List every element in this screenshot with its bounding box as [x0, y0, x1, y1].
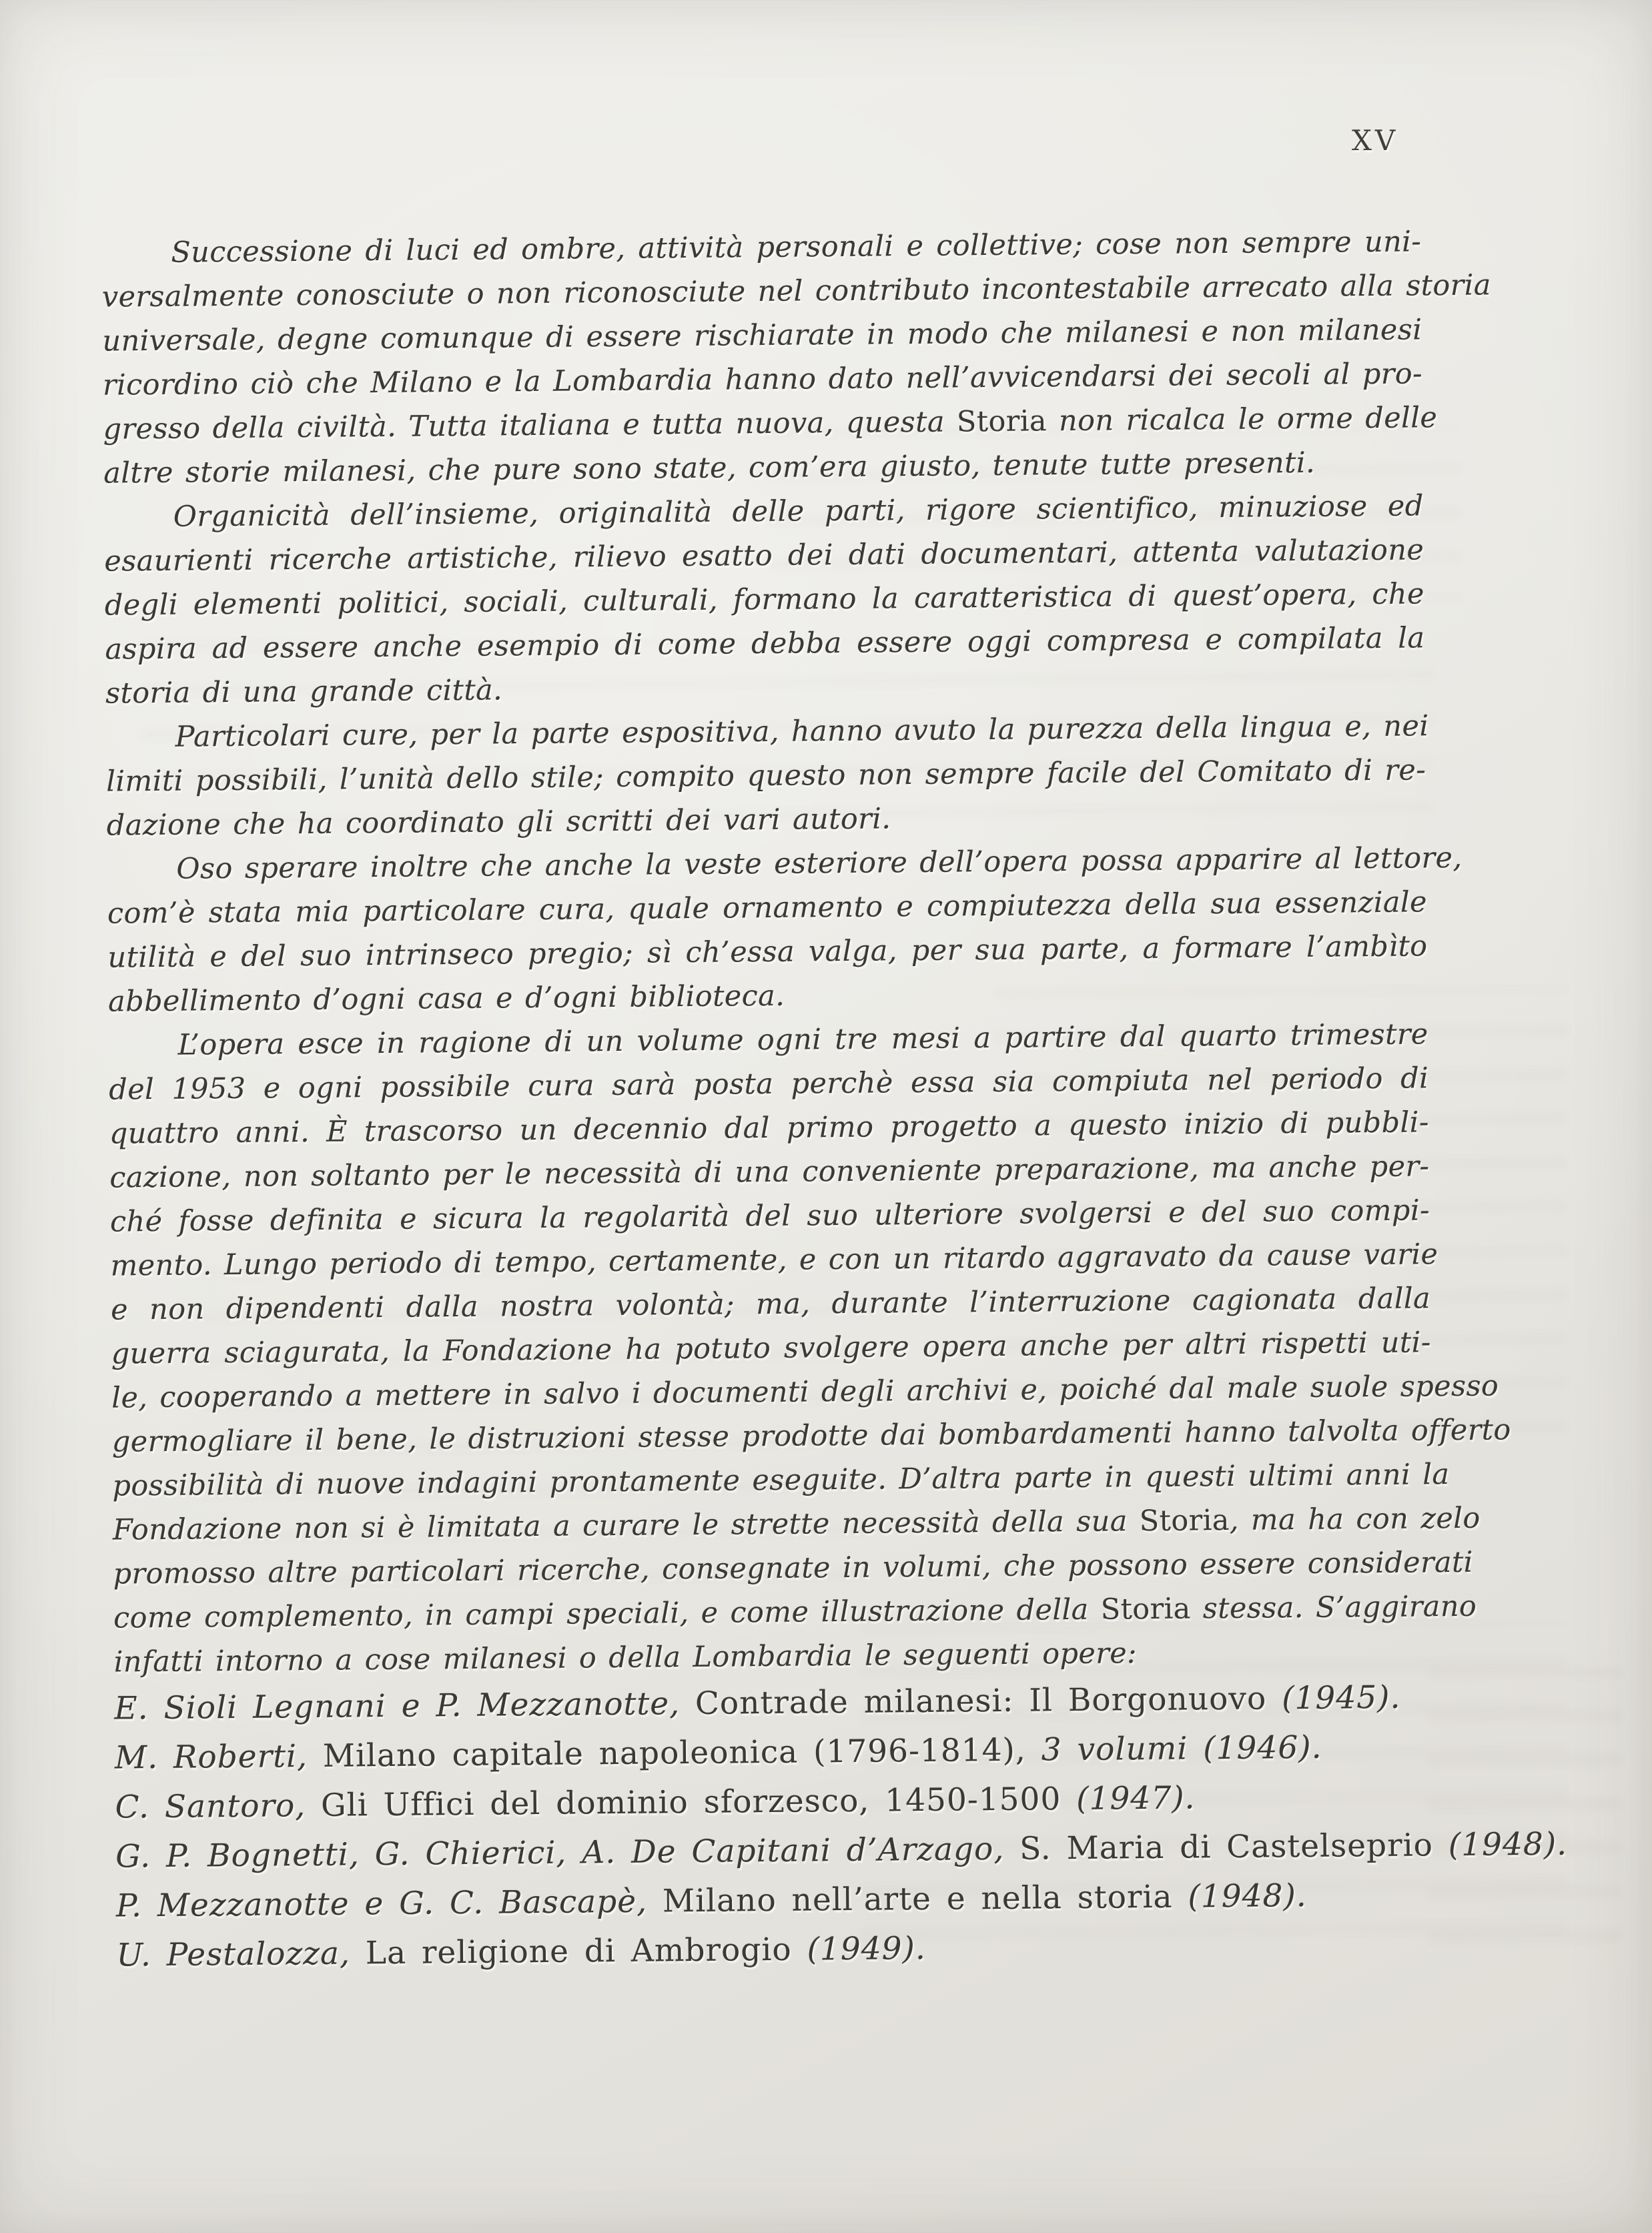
text-segment: C. Santoro,	[115, 1787, 321, 1826]
text-segment: (1945).	[1282, 1679, 1401, 1717]
text-segment: abbellimento d’ogni casa e d’ogni biblio…	[108, 979, 785, 1019]
paragraph-1: Successione di luci ed ombre, attività p…	[101, 219, 1423, 495]
text-segment: M. Roberti,	[115, 1738, 323, 1777]
text-segment: Milano capitale napoleonica (1796-1814),	[323, 1731, 1042, 1774]
text-segment: Fondazione non si è limitata a curare le…	[113, 1504, 1140, 1546]
page-number: XV	[1352, 127, 1398, 155]
text-segment: storia di una grande città.	[105, 673, 502, 710]
text-segment: Contrade milanesi: Il Borgonuovo	[695, 1680, 1282, 1722]
body-text: Successione di luci ed ombre, attività p…	[101, 219, 1436, 1980]
text-segment: del 1953 e ogni possibile cura sarà post…	[109, 1061, 1428, 1106]
text-segment: degli elementi politici, sociali, cultur…	[105, 577, 1424, 622]
text-segment: Storia	[1140, 1504, 1230, 1538]
text-segment: gresso della civiltà. Tutta italiana e t…	[103, 405, 957, 446]
text-segment: cazione, non soltanto per le necessità d…	[109, 1150, 1429, 1194]
text-segment: (1948).	[1449, 1826, 1568, 1864]
text-segment: L’opera esce in ragione di un volume ogn…	[177, 1017, 1428, 1061]
text-segment: P. Mezzanotte e G. C. Bascapè,	[116, 1883, 663, 1924]
text-segment: ché fosse definita e sicura la regolarit…	[110, 1194, 1430, 1238]
text-segment: (1949).	[807, 1930, 926, 1968]
text-segment: (1947).	[1076, 1779, 1196, 1817]
text-segment: promosso altre particolari ricerche, con…	[113, 1546, 1473, 1591]
text-segment: le, cooperando a mettere in salvo i docu…	[111, 1369, 1499, 1414]
text-line: U. Pestalozza, La religione di Ambrogio …	[116, 1919, 1436, 1980]
text-segment: possibilità di nuove indagini prontament…	[112, 1458, 1449, 1502]
text-segment: guerra sciagurata, la Fondazione ha potu…	[111, 1326, 1431, 1370]
text-segment: Storia	[1101, 1592, 1191, 1626]
text-segment: (1948).	[1188, 1877, 1307, 1915]
text-segment: G. P. Bognetti, G. Chierici, A. De Capit…	[115, 1831, 1019, 1875]
book-page: XV Successione di luci ed ombre, attivit…	[0, 0, 1652, 2233]
text-segment: limiti possibili, l’unità dello stile; c…	[106, 753, 1426, 798]
text-segment: mento. Lungo periodo di tempo, certament…	[110, 1238, 1438, 1282]
text-segment: quattro anni. È trascorso un decennio da…	[109, 1105, 1429, 1150]
text-segment: altre storie milanesi, che pure sono sta…	[103, 446, 1315, 490]
text-segment: esaurienti ricerche artistiche, rilievo …	[104, 533, 1424, 578]
text-segment: E. Sioli Legnani e P. Mezzanotte,	[114, 1685, 695, 1727]
text-segment: e non dipendenti dalla nostra volontà; m…	[111, 1282, 1430, 1326]
text-segment: com’è stata mia particolare cura, quale …	[107, 885, 1427, 930]
text-segment: Particolari cure, per la parte espositiv…	[175, 709, 1428, 753]
text-segment: 3 volumi (1946).	[1042, 1729, 1322, 1769]
text-segment: come complemento, in campi speciali, e c…	[113, 1593, 1101, 1635]
bleed-through-artifact	[1428, 1668, 1621, 1955]
paragraph-4: Oso sperare inoltre che anche la veste e…	[107, 836, 1428, 1023]
text-segment: Milano nell’arte e nella storia	[663, 1879, 1188, 1920]
text-segment: dazione che ha coordinato gli scritti de…	[107, 802, 891, 842]
text-segment: Gli Uffici del dominio sforzesco, 1450-1…	[321, 1781, 1077, 1824]
paragraph-2: Organicità dell’insieme, originalità del…	[103, 484, 1425, 715]
text-segment: aspira ad essere anche esempio di come d…	[105, 621, 1424, 666]
text-segment: La religione di Ambrogio	[366, 1931, 807, 1972]
paragraph-3: Particolari cure, per la parte espositiv…	[105, 704, 1426, 847]
bibliography-list: E. Sioli Legnani e P. Mezzanotte, Contra…	[114, 1673, 1436, 1980]
paragraph-5: L’opera esce in ragione di un volume ogn…	[108, 1012, 1434, 1684]
text-segment: S. Maria di Castelseprio	[1019, 1827, 1449, 1867]
text-segment: U. Pestalozza,	[116, 1935, 366, 1973]
text-segment: , ma ha con zelo	[1230, 1502, 1481, 1537]
text-segment: germogliare il bene, le distruzioni stes…	[112, 1413, 1511, 1458]
text-segment: Organicità dell’insieme, originalità del…	[173, 489, 1424, 533]
text-segment: universale, degne comunque di essere ris…	[102, 313, 1422, 358]
text-segment: infatti intorno a cose milanesi o della …	[114, 1637, 1138, 1679]
text-segment: stessa. S’aggirano	[1191, 1590, 1477, 1626]
text-segment: Successione di luci ed ombre, attività p…	[171, 225, 1421, 269]
text-segment: Storia	[957, 404, 1047, 438]
text-segment: versalmente conosciute o non riconosciut…	[102, 268, 1491, 314]
text-segment: ricordino ciò che Milano e la Lombardia …	[103, 357, 1422, 402]
text-segment: Oso sperare inoltre che anche la veste e…	[176, 841, 1462, 886]
text-segment: non ricalca le orme delle	[1047, 401, 1438, 438]
text-segment: utilità e del suo intrinseco pregio; sì …	[107, 929, 1427, 974]
